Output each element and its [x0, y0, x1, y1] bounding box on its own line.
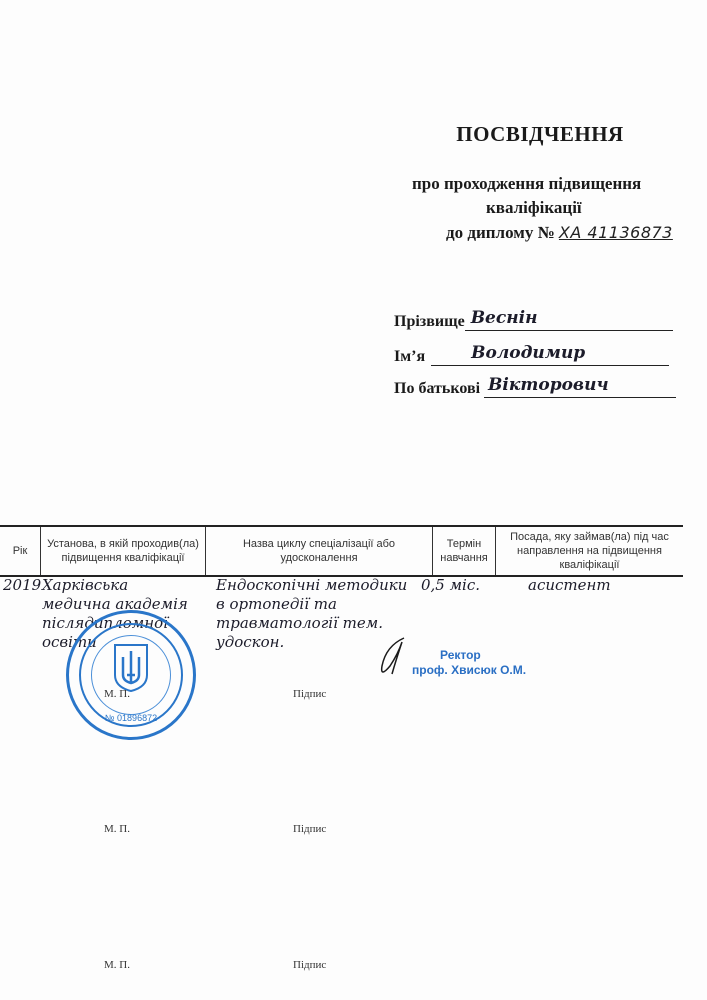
- diploma-reference: до диплому № ХА 41136873: [446, 223, 673, 243]
- diploma-number: ХА 41136873: [559, 223, 673, 242]
- trident-icon: [113, 643, 149, 693]
- name-value: Володимир: [471, 343, 585, 363]
- header-position: Посада, яку займав(ла) під час направлен…: [496, 526, 684, 576]
- name-label: Ім’я: [394, 348, 425, 366]
- rector-stamp-title: Ректор: [440, 648, 481, 662]
- patronymic-label: По батькові: [394, 380, 480, 398]
- rector-stamp-name: проф. Хвисюк О.М.: [412, 663, 526, 677]
- table-header-row: Рік Установа, в якій проходив(ла) підвищ…: [0, 526, 683, 576]
- name-field: Ім’я Володимир: [394, 345, 669, 366]
- diploma-label: до диплому №: [446, 223, 555, 242]
- document-title: ПОСВІДЧЕННЯ: [380, 122, 700, 147]
- signature-placeholder-1: Підпис: [293, 688, 326, 700]
- surname-value: Веснін: [471, 308, 538, 328]
- row-year: 2019: [3, 576, 41, 595]
- header-cycle: Назва циклу спеціалізації або удосконале…: [206, 526, 433, 576]
- row-duration: 0,5 міс.: [421, 576, 480, 595]
- stamp-placeholder-2: М. П.: [104, 823, 130, 835]
- qualification-table: Рік Установа, в якій проходив(ла) підвищ…: [0, 525, 683, 577]
- header-year: Рік: [0, 526, 41, 576]
- stamp-placeholder-1: М. П.: [104, 688, 130, 700]
- signature-placeholder-3: Підпис: [293, 959, 326, 971]
- signature-scribble-icon: [376, 636, 410, 680]
- official-round-stamp: № 01896872: [66, 610, 196, 740]
- stamp-number: № 01896872: [69, 713, 193, 723]
- surname-label: Прізвище: [394, 313, 465, 331]
- header-duration: Термін навчання: [433, 526, 496, 576]
- signature-placeholder-2: Підпис: [293, 823, 326, 835]
- document-subtitle-line1: про проходження підвищення: [412, 174, 641, 194]
- patronymic-value: Вікторович: [488, 375, 609, 395]
- document-subtitle-line2: кваліфікації: [486, 198, 582, 218]
- stamp-placeholder-3: М. П.: [104, 959, 130, 971]
- surname-field: Прізвище Веснін: [394, 310, 673, 331]
- patronymic-field: По батькові Вікторович: [394, 377, 676, 398]
- header-institution: Установа, в якій проходив(ла) підвищення…: [41, 526, 206, 576]
- row-position: асистент: [528, 576, 611, 595]
